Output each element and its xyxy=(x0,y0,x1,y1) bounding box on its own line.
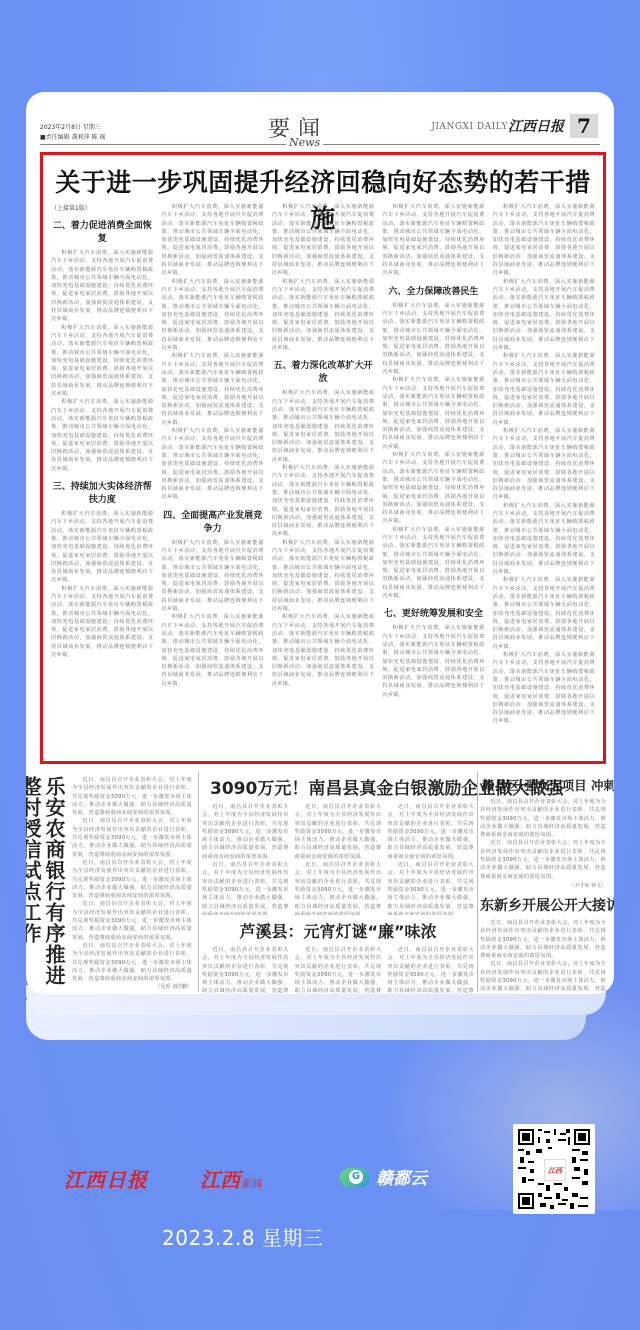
paragraph: 近日，南昌县召开企业表彰大会，对上年度为全县经济发展作出突出贡献的企业进行表彰，… xyxy=(480,839,606,880)
footer-date: 2023.2.8 星期三 xyxy=(162,1222,323,1251)
paragraph: 积极扩大汽车消费，深入实施新能源汽车下乡活动，支持各地开展汽车促消费活动，落实新… xyxy=(493,651,595,726)
paragraph: 积极扩大汽车消费，深入实施新能源汽车下乡活动，支持各地开展汽车促消费活动，落实新… xyxy=(161,352,263,427)
article-nanchang[interactable]: 3090万元！南昌县真金白银激励企业做大做强 近日，南昌县召开企业表彰大会，对上… xyxy=(202,772,474,992)
main-article-body: （上接第1版） 二、着力促进消费全面恢复 积极扩大汽车消费，深入实施新能源汽车下… xyxy=(51,203,595,755)
article-title-ganxian[interactable]: 赣县区:强攻大项目 冲刺开门红 xyxy=(482,776,606,794)
continued-from: （上接第1版） xyxy=(51,203,153,212)
paragraph: 积极扩大汽车消费，深入实施新能源汽车下乡活动，支持各地开展汽车促消费活动，落实新… xyxy=(382,203,484,278)
jiangxi-daily-logo[interactable]: 江西日报 xyxy=(64,1164,148,1193)
article-column-5: 积极扩大汽车消费，深入实施新能源汽车下乡活动，支持各地开展汽车促消费活动，落实新… xyxy=(493,203,595,755)
paragraph: 积极扩大汽车消费，深入实施新能源汽车下乡活动，支持各地开展汽车促消费活动，落实新… xyxy=(161,203,263,278)
editor-credit: ■责任编辑 龚莉萍 陈 瑶 xyxy=(40,132,105,141)
article-column-2: 积极扩大汽车消费，深入实施新能源汽车下乡活动，支持各地开展汽车促消费活动，落实新… xyxy=(161,203,263,755)
paper-name-en: JIANGXI DAILY xyxy=(431,122,508,132)
paragraph: 积极扩大汽车消费，深入实施新能源汽车下乡活动，支持各地开展汽车促消费活动，落实新… xyxy=(161,539,263,614)
ganpoyun-label: 赣鄱云 xyxy=(376,1164,427,1189)
paragraph: 积极扩大汽车消费，深入实施新能源汽车下乡活动，支持各地开展汽车促消费活动，落实新… xyxy=(382,451,484,526)
paper-logo: 江西日报 xyxy=(508,116,564,136)
paragraph: 积极扩大汽车消费，深入实施新能源汽车下乡活动，支持各地开展汽车促消费活动，落实新… xyxy=(493,352,595,427)
article-column: 近日，南昌县召开企业表彰大会，对上年度为全县经济发展作出突出贡献的企业进行表彰，… xyxy=(295,803,382,915)
paragraph: 近日，南昌县召开企业表彰大会，对上年度为全县经济发展作出突出贡献的企业进行表彰，… xyxy=(480,919,606,960)
paragraph: 近日，南昌县召开企业表彰大会，对上年度为全县经济发展作出突出贡献的企业进行表彰，… xyxy=(295,803,382,861)
paragraph: 积极扩大汽车消费，深入实施新能源汽车下乡活动，支持各地开展汽车促消费活动，落实新… xyxy=(272,464,374,539)
issue-date: 2023年2月8日 星期三 xyxy=(40,122,101,131)
paragraph: 近日，南昌县召开企业表彰大会，对上年度为全县经济发展作出突出贡献的企业进行表彰，… xyxy=(295,946,382,994)
paragraph: 积极扩大汽车消费，深入实施新能源汽车下乡活动，支持各地开展汽车促消费活动，落实新… xyxy=(272,613,374,688)
paragraph: 近日，南昌县召开企业表彰大会，对上年度为全县经济发展作出突出贡献的企业进行表彰，… xyxy=(480,960,606,994)
paragraph: 积极扩大汽车消费，深入实施新能源汽车下乡活动，支持各地开展汽车促消费活动，落实新… xyxy=(51,585,153,660)
paragraph: 近日，南昌县召开企业表彰大会，对上年度为全县经济发展作出突出贡献的企业进行表彰，… xyxy=(72,776,192,817)
article-body: 近日，南昌县召开企业表彰大会，对上年度为全县经济发展作出突出贡献的企业进行表彰，… xyxy=(202,803,474,915)
section-heading: 三、持续加大实体经济帮扶力度 xyxy=(51,479,153,505)
newspaper-page[interactable]: 2023年2月8日 星期三 ■责任编辑 龚莉萍 陈 瑶 要闻 News JIAN… xyxy=(26,92,614,994)
paragraph: 积极扩大汽车消费，深入实施新能源汽车下乡活动，支持各地开展汽车促消费活动，落实新… xyxy=(51,398,153,473)
paragraph: 积极扩大汽车消费，深入实施新能源汽车下乡活动，支持各地开展汽车促消费活动，落实新… xyxy=(493,502,595,577)
paragraph: 积极扩大汽车消费，深入实施新能源汽车下乡活动，支持各地开展汽车促消费活动，落实新… xyxy=(161,278,263,353)
paragraph: 近日，南昌县召开企业表彰大会，对上年度为全县经济发展作出突出贡献的企业进行表彰，… xyxy=(295,861,382,915)
column-divider xyxy=(198,772,199,992)
paragraph: 近日，南昌县召开企业表彰大会，对上年度为全县经济发展作出突出贡献的企业进行表彰，… xyxy=(387,946,474,994)
article-lean-bank[interactable]: 乐安农商银行有序推进整村授信试点工作 近日，南昌县召开企业表彰大会，对上年度为全… xyxy=(40,772,196,992)
article-column: 近日，南昌县召开企业表彰大会，对上年度为全县经济发展作出突出贡献的企业进行表彰，… xyxy=(202,946,289,994)
paragraph: 积极扩大汽车消费，深入实施新能源汽车下乡活动，支持各地开展汽车促消费活动，落实新… xyxy=(382,624,484,699)
paragraph: 积极扩大汽车消费，深入实施新能源汽车下乡活动，支持各地开展汽车促消费活动，落实新… xyxy=(493,576,595,651)
paragraph: 近日，南昌县召开企业表彰大会，对上年度为全县经济发展作出突出贡献的企业进行表彰，… xyxy=(202,946,289,994)
paragraph: 积极扩大汽车消费，深入实施新能源汽车下乡活动，支持各地开展汽车促消费活动，落实新… xyxy=(272,539,374,614)
section-heading: 二、着力促进消费全面恢复 xyxy=(51,218,153,244)
paragraph: 积极扩大汽车消费，深入实施新能源汽车下乡活动，支持各地开展汽车促消费活动，落实新… xyxy=(493,203,595,278)
paragraph: 近日，南昌县召开企业表彰大会，对上年度为全县经济发展作出突出贡献的企业进行表彰，… xyxy=(72,900,192,941)
paragraph: 近日，南昌县召开企业表彰大会，对上年度为全县经济发展作出突出贡献的企业进行表彰，… xyxy=(202,861,289,915)
byline: （尹才琼 钟飞） xyxy=(480,882,606,889)
section-heading: 六、全力保障改善民生 xyxy=(382,284,484,297)
secondary-articles: 乐安农商银行有序推进整村授信试点工作 近日，南昌县召开企业表彰大会，对上年度为全… xyxy=(40,772,606,992)
paragraph: 积极扩大汽车消费，深入实施新能源汽车下乡活动，支持各地开展汽车促消费活动，落实新… xyxy=(493,427,595,502)
paragraph: 积极扩大汽车消费，深入实施新能源汽车下乡活动，支持各地开展汽车促消费活动，落实新… xyxy=(51,324,153,399)
page-number: 7 xyxy=(570,114,598,138)
paragraph: 积极扩大汽车消费，深入实施新能源汽车下乡活动，支持各地开展汽车促消费活动，落实新… xyxy=(493,278,595,353)
article-body-luxi: 近日，南昌县召开企业表彰大会，对上年度为全县经济发展作出突出贡献的企业进行表彰，… xyxy=(202,946,474,994)
page-header: 2023年2月8日 星期三 ■责任编辑 龚莉萍 陈 瑶 要闻 News JIAN… xyxy=(40,92,600,148)
jiangxi-news-logo[interactable]: 江西新闻 xyxy=(200,1164,262,1193)
section-heading: 五、着力深化改革扩大开放 xyxy=(272,358,374,384)
article-body: 近日，南昌县召开企业表彰大会，对上年度为全县经济发展作出突出贡献的企业进行表彰，… xyxy=(480,798,606,882)
byline: （吴香 刘浩鹏） xyxy=(72,983,192,990)
paragraph: 近日，南昌县召开企业表彰大会，对上年度为全县经济发展作出突出贡献的企业进行表彰，… xyxy=(72,942,192,983)
brand-logos: 江西日报 江西新闻 G 赣鄱云 xyxy=(64,1160,444,1196)
article-column: 近日，南昌县召开企业表彰大会，对上年度为全县经济发展作出突出贡献的企业进行表彰，… xyxy=(295,946,382,994)
paragraph: 近日，南昌县召开企业表彰大会，对上年度为全县经济发展作出突出贡献的企业进行表彰，… xyxy=(72,859,192,900)
article-title: 3090万元！南昌县真金白银激励企业做大做强 xyxy=(210,774,474,799)
article-column: 近日，南昌县召开企业表彰大会，对上年度为全县经济发展作出突出贡献的企业进行表彰，… xyxy=(387,803,474,915)
article-column: 近日，南昌县召开企业表彰大会，对上年度为全县经济发展作出突出贡献的企业进行表彰，… xyxy=(202,803,289,915)
section-heading: 四、全面提高产业发展竞争力 xyxy=(161,508,263,534)
cloud-icon: G xyxy=(340,1166,370,1188)
paragraph: 积极扩大汽车消费，深入实施新能源汽车下乡活动，支持各地开展汽车促消费活动，落实新… xyxy=(51,249,153,324)
paragraph: 近日，南昌县召开企业表彰大会，对上年度为全县经济发展作出突出贡献的企业进行表彰，… xyxy=(480,798,606,839)
paragraph: 积极扩大汽车消费，深入实施新能源汽车下乡活动，支持各地开展汽车促消费活动，落实新… xyxy=(161,613,263,688)
paragraph: 近日，南昌县召开企业表彰大会，对上年度为全县经济发展作出突出贡献的企业进行表彰，… xyxy=(72,817,192,858)
article-column: 近日，南昌县召开企业表彰大会，对上年度为全县经济发展作出突出贡献的企业进行表彰，… xyxy=(387,946,474,994)
paragraph: 积极扩大汽车消费，深入实施新能源汽车下乡活动，支持各地开展汽车促消费活动，落实新… xyxy=(382,526,484,601)
article-column-1: （上接第1版） 二、着力促进消费全面恢复 积极扩大汽车消费，深入实施新能源汽车下… xyxy=(51,203,153,755)
paragraph: 积极扩大汽车消费，深入实施新能源汽车下乡活动，支持各地开展汽车促消费活动，落实新… xyxy=(272,203,374,278)
paragraph: 积极扩大汽车消费，深入实施新能源汽车下乡活动，支持各地开展汽车促消费活动，落实新… xyxy=(51,510,153,585)
article-title-dongxin[interactable]: 东新乡开展公开大接访活动 xyxy=(480,895,606,915)
section-subtitle: News xyxy=(286,136,323,149)
paragraph: 近日，南昌县召开企业表彰大会，对上年度为全县经济发展作出突出贡献的企业进行表彰，… xyxy=(387,803,474,861)
section-heading: 七、更好统筹发展和安全 xyxy=(382,606,484,619)
paragraph: 近日，南昌县召开企业表彰大会，对上年度为全县经济发展作出突出贡献的企业进行表彰，… xyxy=(202,803,289,861)
qr-code[interactable]: 江西 xyxy=(513,1124,595,1214)
paragraph: 近日，南昌县召开企业表彰大会，对上年度为全县经济发展作出突出贡献的企业进行表彰，… xyxy=(387,861,474,915)
article-column-3: 积极扩大汽车消费，深入实施新能源汽车下乡活动，支持各地开展汽车促消费活动，落实新… xyxy=(272,203,374,755)
column-divider xyxy=(477,772,478,992)
paragraph: 积极扩大汽车消费，深入实施新能源汽车下乡活动，支持各地开展汽车促消费活动，落实新… xyxy=(382,376,484,451)
ganpoyun-logo[interactable]: G 赣鄱云 xyxy=(340,1164,427,1189)
article-title: 乐安农商银行有序推进整村授信试点工作 xyxy=(42,776,66,992)
article-body: 近日，南昌县召开企业表彰大会，对上年度为全县经济发展作出突出贡献的企业进行表彰，… xyxy=(72,776,192,992)
jiangxi-news-logo-main: 江西 xyxy=(200,1168,240,1192)
article-column-4: 积极扩大汽车消费，深入实施新能源汽车下乡活动，支持各地开展汽车促消费活动，落实新… xyxy=(382,203,484,755)
main-article-highlighted[interactable]: 关于进一步巩固提升经济回稳向好态势的若干措施 （上接第1版） 二、着力促进消费全… xyxy=(40,152,606,764)
paragraph: 积极扩大汽车消费，深入实施新能源汽车下乡活动，支持各地开展汽车促消费活动，落实新… xyxy=(272,278,374,353)
article-title-luxi[interactable]: 芦溪县：元宵灯谜“廉”味浓 xyxy=(202,919,474,942)
jiangxi-news-logo-sub: 新闻 xyxy=(242,1179,262,1190)
qr-center-logo: 江西 xyxy=(544,1159,566,1181)
article-body: 近日，南昌县召开企业表彰大会，对上年度为全县经济发展作出突出贡献的企业进行表彰，… xyxy=(480,919,606,994)
paragraph: 积极扩大汽车消费，深入实施新能源汽车下乡活动，支持各地开展汽车促消费活动，落实新… xyxy=(382,302,484,377)
article-right-column: 赣县区:强攻大项目 冲刺开门红 近日，南昌县召开企业表彰大会，对上年度为全县经济… xyxy=(480,772,606,992)
paragraph: 积极扩大汽车消费，深入实施新能源汽车下乡活动，支持各地开展汽车促消费活动，落实新… xyxy=(161,427,263,502)
paragraph: 积极扩大汽车消费，深入实施新能源汽车下乡活动，支持各地开展汽车促消费活动，落实新… xyxy=(272,389,374,464)
